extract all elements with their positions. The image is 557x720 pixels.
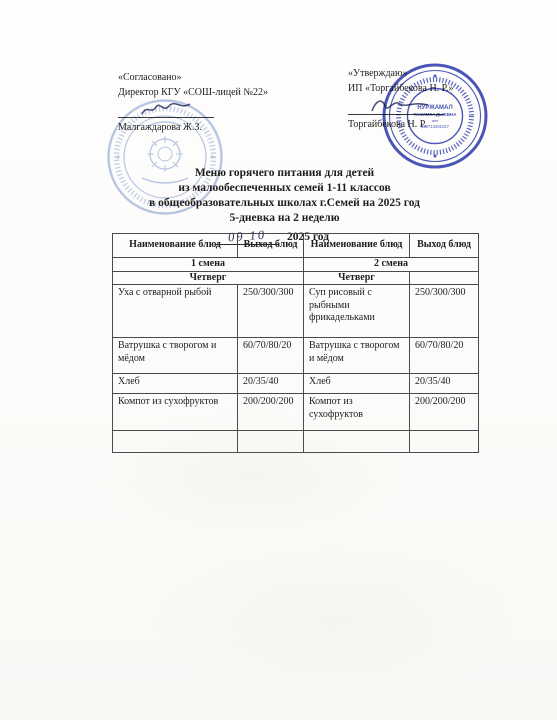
col-header-output-1: Выход блюд <box>238 234 304 258</box>
col-header-output-2: Выход блюд <box>410 234 479 258</box>
title-line-1: Меню горячего питания для детей <box>6 166 557 181</box>
table-row: Ватрушка с творогом и мёдом 60/70/80/20 … <box>113 338 479 374</box>
day-label-shift2: Четверг <box>304 271 410 285</box>
output-cell: 200/200/200 <box>410 394 479 431</box>
approval-right-label: «Утверждаю» <box>348 66 454 81</box>
title-line-2: из малообеспеченных семей 1-11 классов <box>6 181 557 196</box>
dish-cell: Компот из сухофруктов <box>304 394 410 431</box>
title-line-3: в общеобразовательных школах г.Семей на … <box>6 196 557 211</box>
output-cell: 60/70/80/20 <box>410 338 479 374</box>
table-row: Уха с отварной рыбой 250/300/300 Суп рис… <box>113 285 479 338</box>
day-row: Четверг Четверг <box>113 271 479 285</box>
shift-2-label: 2 смена <box>304 258 479 272</box>
signature-left <box>140 101 192 117</box>
dish-cell: Уха с отварной рыбой <box>113 285 238 338</box>
shift-1-label: 1 смена <box>113 258 304 272</box>
output-cell <box>410 431 479 453</box>
scanned-menu-document: «Согласовано» Директор КГУ «СОШ-лицей №2… <box>0 0 557 720</box>
output-cell: 250/300/300 <box>410 285 479 338</box>
output-cell: 60/70/80/20 <box>238 338 304 374</box>
approval-left-title: Директор КГУ «СОШ-лицей №22» <box>118 85 268 100</box>
table-row: Компот из сухофруктов 200/200/200 Компот… <box>113 394 479 431</box>
signature-right <box>370 97 430 114</box>
output-cell <box>238 431 304 453</box>
col-header-dish-1: Наименование блюд <box>113 234 238 258</box>
approval-right-name: Торгайбекова Н. Р. <box>348 114 444 132</box>
output-cell: 20/35/40 <box>410 374 479 394</box>
output-cell: 250/300/300 <box>238 285 304 338</box>
approval-block-left: «Согласовано» Директор КГУ «СОШ-лицей №2… <box>118 70 268 135</box>
approval-block-right: «Утверждаю» ИП «Торгайбекова Н. Р.» Торг… <box>348 66 454 132</box>
table-row: Хлеб 20/35/40 Хлеб 20/35/40 <box>113 374 479 394</box>
dish-cell: Компот из сухофруктов <box>113 394 238 431</box>
table-header-row: Наименование блюд Выход блюд Наименовани… <box>113 234 479 258</box>
dish-cell <box>304 431 410 453</box>
title-line-4: 5-дневка на 2 неделю <box>6 211 557 226</box>
dish-cell: Хлеб <box>113 374 238 394</box>
dish-cell: Суп рисовый с рыбными фрикадельками <box>304 285 410 338</box>
shift-row: 1 смена 2 смена <box>113 258 479 272</box>
dish-cell <box>113 431 238 453</box>
day-label-shift1: Четверг <box>113 271 304 285</box>
approval-left-label: «Согласовано» <box>118 70 268 85</box>
dish-cell: Хлеб <box>304 374 410 394</box>
dish-cell: Ватрушка с творогом и мёдом <box>304 338 410 374</box>
dish-cell: Ватрушка с творогом и мёдом <box>113 338 238 374</box>
approval-left-name: Малгаждарова Ж.З. <box>118 117 214 135</box>
output-cell: 200/200/200 <box>238 394 304 431</box>
output-cell: 20/35/40 <box>238 374 304 394</box>
day-row-empty-cell <box>410 271 479 285</box>
table-row-empty <box>113 431 479 453</box>
col-header-dish-2: Наименование блюд <box>304 234 410 258</box>
menu-table: Наименование блюд Выход блюд Наименовани… <box>112 233 479 453</box>
approval-right-title: ИП «Торгайбекова Н. Р.» <box>348 81 454 96</box>
